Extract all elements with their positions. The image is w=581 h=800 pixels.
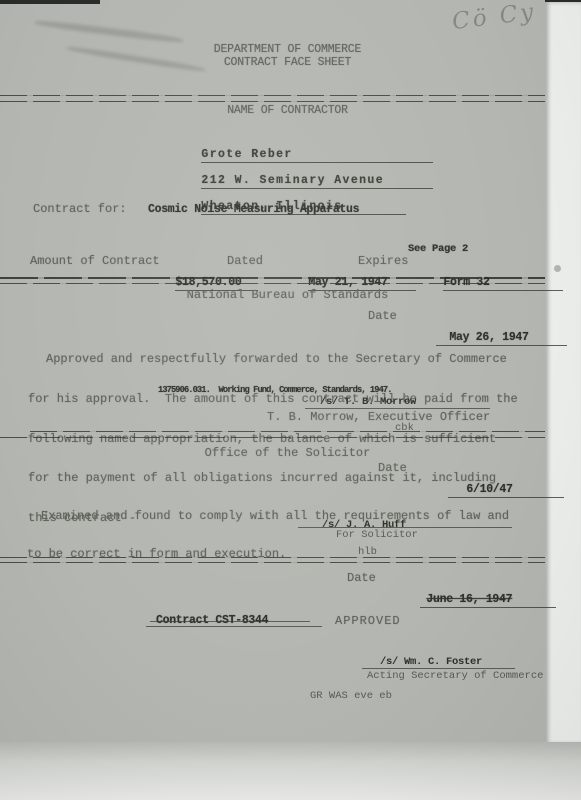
paragraph-line: following named appropriation, the balan… — [28, 433, 518, 446]
contractor-section-title: NAME OF CONTRACTOR — [0, 104, 575, 117]
document-title-line2: CONTRACT FACE SHEET — [0, 56, 575, 69]
divider-rule — [0, 437, 545, 438]
divider-rule — [0, 277, 545, 279]
bureau-signature: /s/ T. B. Morrow — [320, 396, 416, 408]
approval-signature: /s/ Wm. C. Foster — [380, 656, 482, 668]
signature-line — [298, 527, 512, 528]
divider-rule — [0, 95, 545, 96]
scanner-bottom-band — [0, 742, 581, 800]
divider-rule — [0, 283, 545, 284]
solicitor-date2-field: June 16, 1947 — [382, 571, 556, 626]
solicitor-signer-title: For Solicitor — [336, 529, 418, 541]
signature-line — [146, 626, 322, 627]
paragraph-line: Examined and found to comply with all th… — [27, 510, 509, 523]
routing-initials: GR WAS eve eb — [310, 690, 392, 702]
paragraph-line: to be correct in form and execution. — [27, 548, 509, 561]
handwritten-note: Cö Cy — [451, 0, 538, 35]
scanned-contract-face-sheet: Cö Cy DEPARTMENT OF COMMERCE CONTRACT FA… — [0, 0, 581, 800]
signature-line — [362, 668, 515, 669]
bureau-clerk-initials: cbk — [395, 422, 414, 434]
divider-rule — [0, 562, 545, 563]
approved-label: APPROVED — [335, 614, 401, 628]
strike-line — [150, 621, 310, 622]
expires-label: Expires — [358, 254, 408, 268]
bureau-date-label: Date — [368, 309, 397, 323]
approval-signer-title: Acting Secretary of Commerce — [367, 670, 543, 682]
dated-label: Dated — [227, 254, 263, 268]
scan-edge-bar-left — [0, 0, 100, 4]
divider-rule — [0, 557, 545, 558]
signature-line — [305, 408, 490, 409]
appropriation-line: 1375906.031. Working Fund, Commerce, Sta… — [158, 384, 392, 395]
contract-for-label: Contract for: — [33, 202, 127, 216]
document-title-line1: DEPARTMENT OF COMMERCE — [0, 43, 575, 56]
bureau-signer-title: T. B. Morrow, Executive Officer — [267, 410, 490, 424]
pencil-smudge — [34, 19, 184, 44]
divider-rule — [0, 101, 545, 102]
paragraph-line: Approved and respectfully forwarded to t… — [28, 353, 518, 366]
solicitor-date2-label: Date — [347, 571, 376, 585]
contract-for-value: Cosmic Noise Measuring Apparatus — [148, 203, 359, 216]
bureau-section-title: National Bureau of Standards — [0, 288, 575, 302]
solicitor-section-title: Office of the Solicitor — [0, 446, 575, 460]
solicitor-date-label: Date — [378, 461, 407, 475]
solicitor-date2-value: June 16, 1947 — [426, 593, 512, 606]
divider-rule — [30, 431, 545, 432]
